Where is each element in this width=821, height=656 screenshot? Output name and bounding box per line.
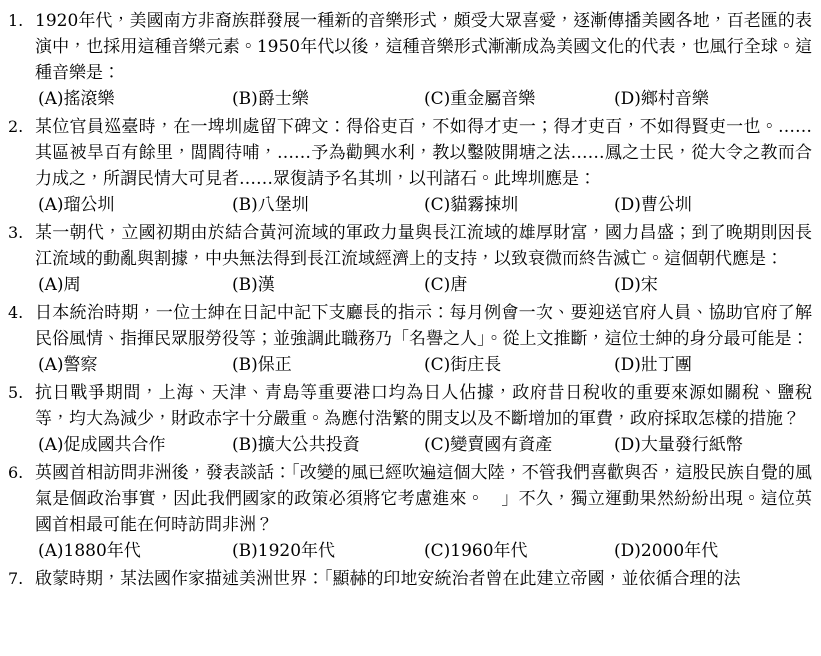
question-7: 7. 啟蒙時期，某法國作家描述美洲世界：「顯赫的印地安統治者曾在此建立帝國，並依…: [8, 566, 812, 592]
question-5-options: (A)促成國共合作 (B)擴大公共投資 (C)變賣國有資產 (D)大量發行紙幣: [35, 432, 812, 458]
question-5-option-c: (C)變賣國有資產: [424, 432, 614, 458]
question-7-text: 啟蒙時期，某法國作家描述美洲世界：「顯赫的印地安統治者曾在此建立帝國，並依循合理…: [35, 566, 812, 592]
question-4-option-a: (A)警察: [38, 352, 232, 378]
question-3-number: 3.: [8, 220, 35, 298]
question-1: 1. 1920年代，美國南方非裔族群發展一種新的音樂形式，頗受大眾喜愛，逐漸傳播…: [8, 8, 812, 112]
question-1-option-c: (C)重金屬音樂: [424, 86, 614, 112]
question-5-option-b: (B)擴大公共投資: [232, 432, 424, 458]
question-5-body: 抗日戰爭期間，上海、天津、青島等重要港口均為日人佔據，政府昔日稅收的重要來源如關…: [35, 380, 812, 458]
question-6-number: 6.: [8, 460, 35, 564]
question-1-option-b: (B)爵士樂: [232, 86, 424, 112]
question-3-option-b: (B)漢: [232, 272, 424, 298]
question-4-options: (A)警察 (B)保正 (C)街庄長 (D)壯丁團: [35, 352, 812, 378]
question-4-option-c: (C)街庄長: [424, 352, 614, 378]
question-3-options: (A)周 (B)漢 (C)唐 (D)宋: [35, 272, 812, 298]
question-1-option-d: (D)鄉村音樂: [614, 86, 812, 112]
question-6-text: 英國首相訪問非洲後，發表談話：「改變的風已經吹遍這個大陸，不管我們喜歡與否，這股…: [35, 460, 812, 538]
question-2-option-a: (A)瑠公圳: [38, 192, 232, 218]
question-2-option-c: (C)貓霧捒圳: [424, 192, 614, 218]
question-1-body: 1920年代，美國南方非裔族群發展一種新的音樂形式，頗受大眾喜愛，逐漸傳播美國各…: [35, 8, 812, 112]
question-5: 5. 抗日戰爭期間，上海、天津、青島等重要港口均為日人佔據，政府昔日稅收的重要來…: [8, 380, 812, 458]
question-6-option-c: (C)1960年代: [424, 538, 614, 564]
question-3-option-a: (A)周: [38, 272, 232, 298]
question-1-option-a: (A)搖滾樂: [38, 86, 232, 112]
question-6-body: 英國首相訪問非洲後，發表談話：「改變的風已經吹遍這個大陸，不管我們喜歡與否，這股…: [35, 460, 812, 564]
question-6-options: (A)1880年代 (B)1920年代 (C)1960年代 (D)2000年代: [35, 538, 812, 564]
question-2-text: 某位官員巡臺時，在一埤圳處留下碑文：得俗吏百，不如得才吏一；得才吏百，不如得賢吏…: [35, 114, 812, 192]
question-4-text: 日本統治時期，一位士紳在日記中記下支廳長的指示：每月例會一次、要迎送官府人員、協…: [35, 300, 812, 352]
question-4-number: 4.: [8, 300, 35, 378]
question-1-text: 1920年代，美國南方非裔族群發展一種新的音樂形式，頗受大眾喜愛，逐漸傳播美國各…: [35, 8, 812, 86]
question-3-body: 某一朝代，立國初期由於結合黃河流域的軍政力量與長江流域的雄厚財富，國力昌盛；到了…: [35, 220, 812, 298]
question-3-option-d: (D)宋: [614, 272, 812, 298]
question-5-option-d: (D)大量發行紙幣: [614, 432, 812, 458]
question-3-text: 某一朝代，立國初期由於結合黃河流域的軍政力量與長江流域的雄厚財富，國力昌盛；到了…: [35, 220, 812, 272]
question-2-body: 某位官員巡臺時，在一埤圳處留下碑文：得俗吏百，不如得才吏一；得才吏百，不如得賢吏…: [35, 114, 812, 218]
question-4-body: 日本統治時期，一位士紳在日記中記下支廳長的指示：每月例會一次、要迎送官府人員、協…: [35, 300, 812, 378]
question-2-options: (A)瑠公圳 (B)八堡圳 (C)貓霧捒圳 (D)曹公圳: [35, 192, 812, 218]
question-5-option-a: (A)促成國共合作: [38, 432, 232, 458]
question-3-option-c: (C)唐: [424, 272, 614, 298]
exam-page: 1. 1920年代，美國南方非裔族群發展一種新的音樂形式，頗受大眾喜愛，逐漸傳播…: [0, 0, 821, 592]
question-2-option-d: (D)曹公圳: [614, 192, 812, 218]
question-6-option-d: (D)2000年代: [614, 538, 812, 564]
question-1-options: (A)搖滾樂 (B)爵士樂 (C)重金屬音樂 (D)鄉村音樂: [35, 86, 812, 112]
question-6: 6. 英國首相訪問非洲後，發表談話：「改變的風已經吹遍這個大陸，不管我們喜歡與否…: [8, 460, 812, 564]
question-5-number: 5.: [8, 380, 35, 458]
question-4-option-d: (D)壯丁團: [614, 352, 812, 378]
question-2: 2. 某位官員巡臺時，在一埤圳處留下碑文：得俗吏百，不如得才吏一；得才吏百，不如…: [8, 114, 812, 218]
question-2-option-b: (B)八堡圳: [232, 192, 424, 218]
question-3: 3. 某一朝代，立國初期由於結合黃河流域的軍政力量與長江流域的雄厚財富，國力昌盛…: [8, 220, 812, 298]
question-1-number: 1.: [8, 8, 35, 112]
question-6-option-b: (B)1920年代: [232, 538, 424, 564]
question-4: 4. 日本統治時期，一位士紳在日記中記下支廳長的指示：每月例會一次、要迎送官府人…: [8, 300, 812, 378]
question-5-text: 抗日戰爭期間，上海、天津、青島等重要港口均為日人佔據，政府昔日稅收的重要來源如關…: [35, 380, 812, 432]
question-2-number: 2.: [8, 114, 35, 218]
question-7-body: 啟蒙時期，某法國作家描述美洲世界：「顯赫的印地安統治者曾在此建立帝國，並依循合理…: [35, 566, 812, 592]
question-4-option-b: (B)保正: [232, 352, 424, 378]
question-6-option-a: (A)1880年代: [38, 538, 232, 564]
question-7-number: 7.: [8, 566, 35, 592]
